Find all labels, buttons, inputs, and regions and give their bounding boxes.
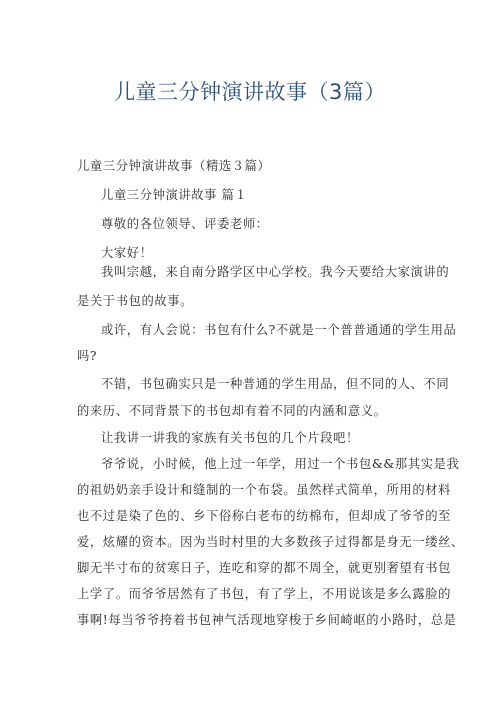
body-line: 儿童三分钟演讲故事（精选３篇）	[77, 156, 270, 174]
body-line: 我叫宗越，来自南分路学区中心学校。我今天要给大家演讲的	[101, 262, 449, 280]
document-title: 儿童三分钟演讲故事（3篇）	[0, 76, 500, 106]
body-line: 事啊!每当爷爷挎着书包神气活现地穿梭于乡间崎岖的小路时，总是	[77, 610, 457, 628]
body-line: 尊敬的各位领导、评委老师：	[101, 214, 269, 232]
body-line: 爷爷说，小时候，他上过一年学，用过一个书包&&那其实是我	[101, 454, 459, 472]
body-line: 不错，书包确实只是一种普通的学生用品，但不同的人、不同	[101, 374, 449, 392]
body-line: 爱，炫耀的资本。因为当时村里的大多数孩子过得都是身无一缕丝、	[77, 532, 464, 550]
body-line: 或许，有人会说：书包有什么?不就是一个普普通通的学生用品	[101, 320, 456, 338]
body-line: 脚无半寸布的贫寒日子，连吃和穿的都不周全，就更别奢望有书包	[77, 558, 451, 576]
body-line: 的来历、不同背景下的书包却有着不同的内涵和意义。	[77, 401, 387, 419]
body-line: 大家好！	[101, 243, 153, 261]
body-line: 的祖奶奶亲手设计和缝制的一个布袋。虽然样式简单，所用的材料	[77, 480, 451, 498]
body-line: 吗?	[77, 346, 97, 364]
body-line: 上学了。而爷爷居然有了书包，有了学上，不用说该是多么露脸的	[77, 584, 451, 602]
body-line: 儿童三分钟演讲故事 篇１	[101, 185, 247, 203]
body-line: 也不过是染了色的、乡下俗称白老布的纺棉布，但却成了爷爷的至	[77, 506, 451, 524]
body-line: 是关于书包的故事。	[77, 291, 193, 309]
body-line: 让我讲一讲我的家族有关书包的几个片段吧！	[101, 428, 359, 446]
